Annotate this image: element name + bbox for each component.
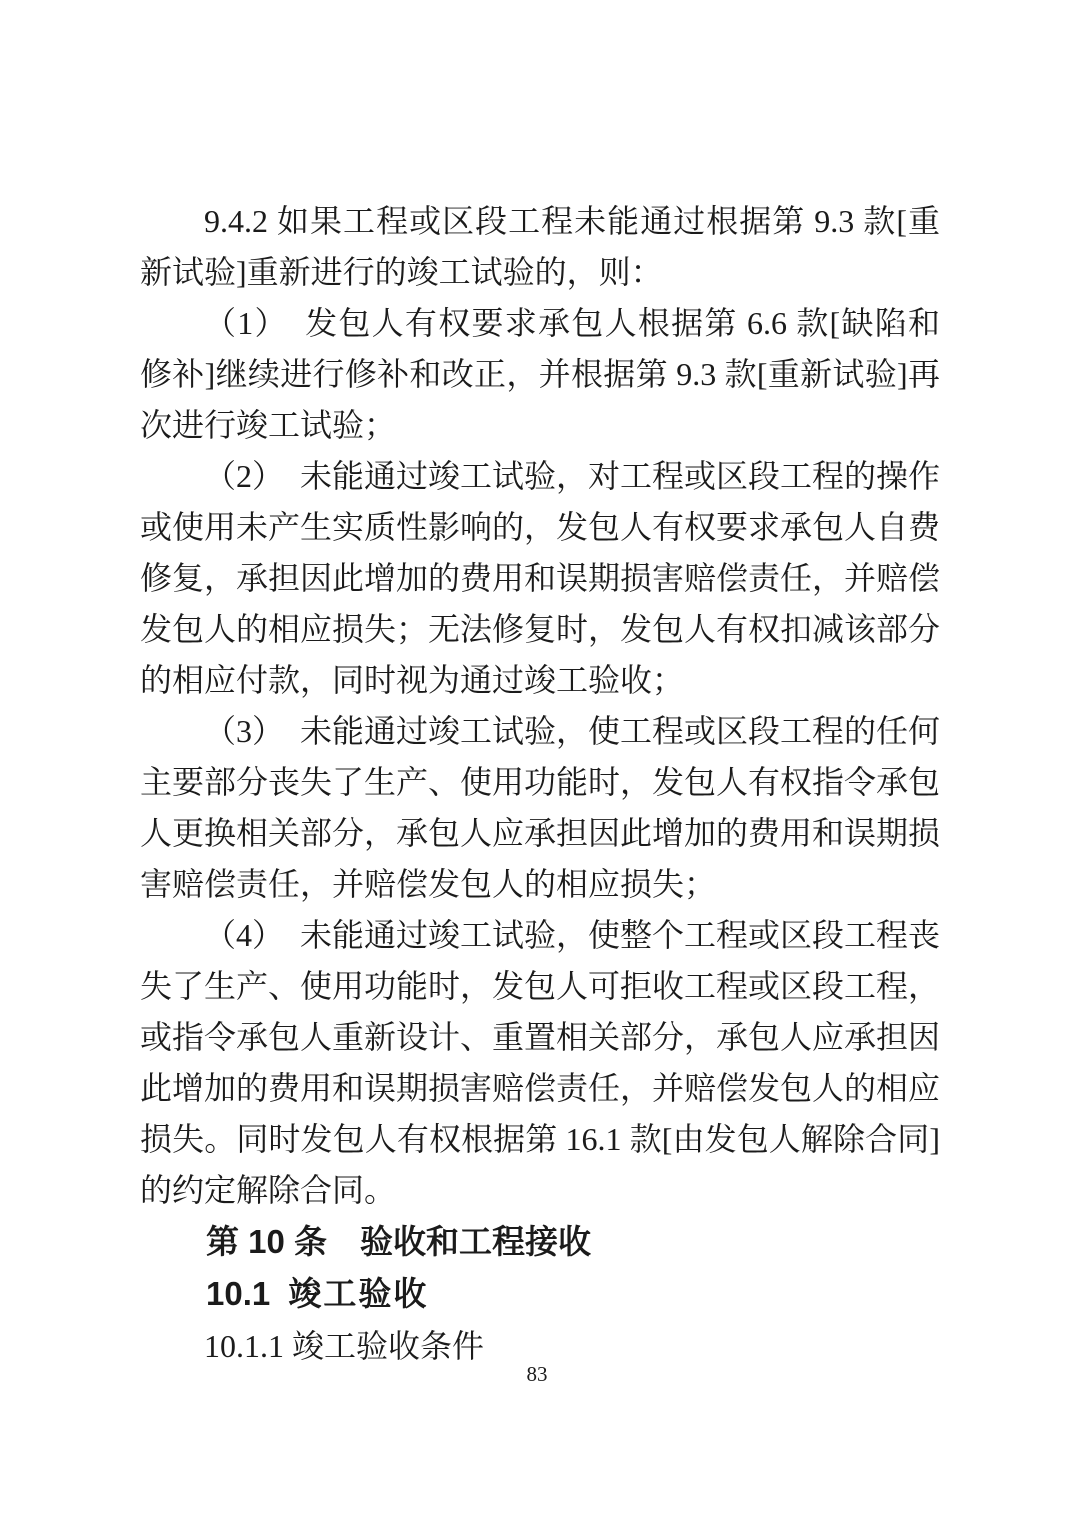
document-body: 9.4.2 如果工程或区段工程未能通过根据第 9.3 款[重新试验]重新进行的竣… — [140, 196, 940, 1372]
list-item-2: （2） 未能通过竣工试验，对工程或区段工程的操作或使用未产生实质性影响的，发包人… — [140, 451, 940, 706]
page-number: 83 — [0, 1362, 1074, 1387]
paragraph-9-4-2: 9.4.2 如果工程或区段工程未能通过根据第 9.3 款[重新试验]重新进行的竣… — [140, 196, 940, 298]
list-item-4: （4） 未能通过竣工试验，使整个工程或区段工程丧失了生产、使用功能时，发包人可拒… — [140, 910, 940, 1216]
document-page: 9.4.2 如果工程或区段工程未能通过根据第 9.3 款[重新试验]重新进行的竣… — [0, 0, 1074, 1520]
heading-10-1-number: 10.1 — [206, 1275, 270, 1312]
list-item-1: （1） 发包人有权要求承包人根据第 6.6 款[缺陷和修补]继续进行修补和改正，… — [140, 298, 940, 451]
heading-10-1: 10.1竣工验收 — [140, 1268, 940, 1321]
list-item-3: （3） 未能通过竣工试验，使工程或区段工程的任何主要部分丧失了生产、使用功能时，… — [140, 706, 940, 910]
heading-chapter-10: 第 10 条 验收和工程接收 — [140, 1216, 940, 1268]
heading-10-1-title: 竣工验收 — [288, 1277, 428, 1313]
